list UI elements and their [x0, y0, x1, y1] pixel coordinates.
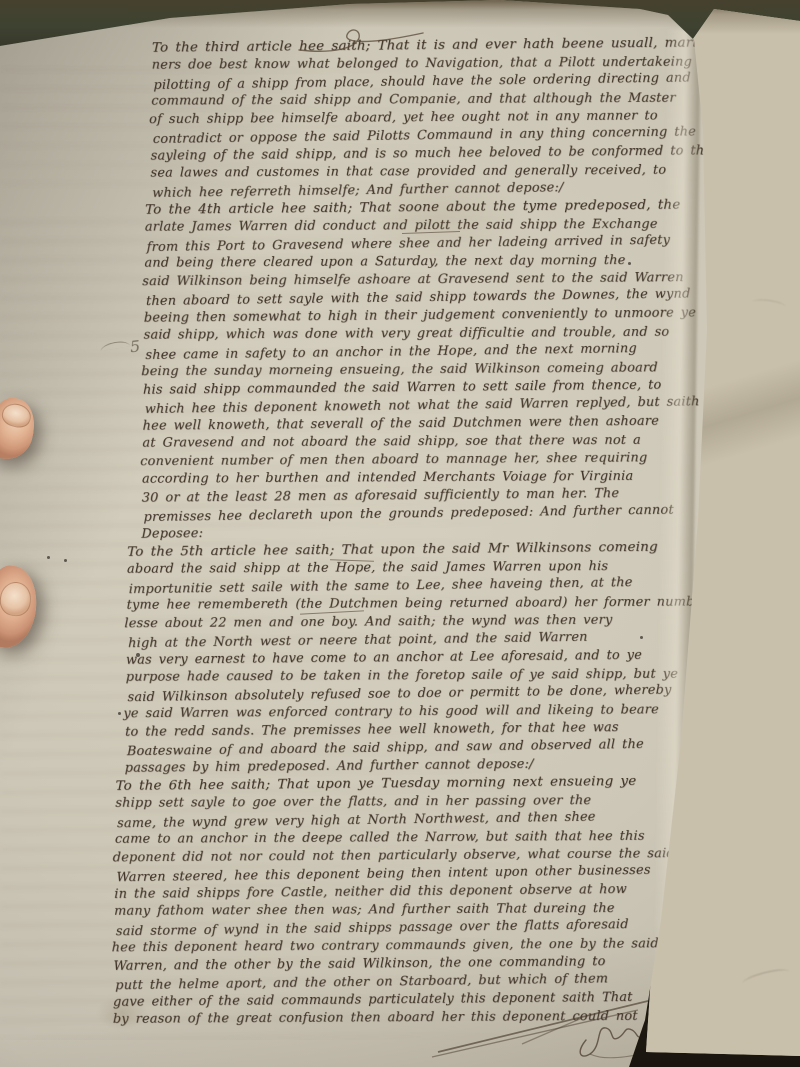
- ink-speck: [136, 653, 140, 657]
- manuscript-photo: To the third article hee saith; That it …: [0, 0, 800, 1067]
- ink-speck: [640, 636, 643, 639]
- loop-flourish-icon: [295, 26, 430, 58]
- marginal-number: 5: [129, 337, 141, 357]
- ink-speck: [47, 556, 50, 559]
- ink-speck: [118, 712, 121, 715]
- paragraph: To the third article hee saith; That it …: [150, 34, 718, 201]
- ink-speck: [628, 262, 631, 265]
- paragraph: To the 5th article hee saith; That upon …: [125, 538, 713, 778]
- manuscript-text: To the third article hee saith; That it …: [107, 34, 718, 1030]
- paragraph: To the 4th article hee saith; That soone…: [141, 196, 716, 543]
- ink-speck: [64, 559, 67, 562]
- handwriting-line: according to her burthen and intended Me…: [142, 467, 713, 488]
